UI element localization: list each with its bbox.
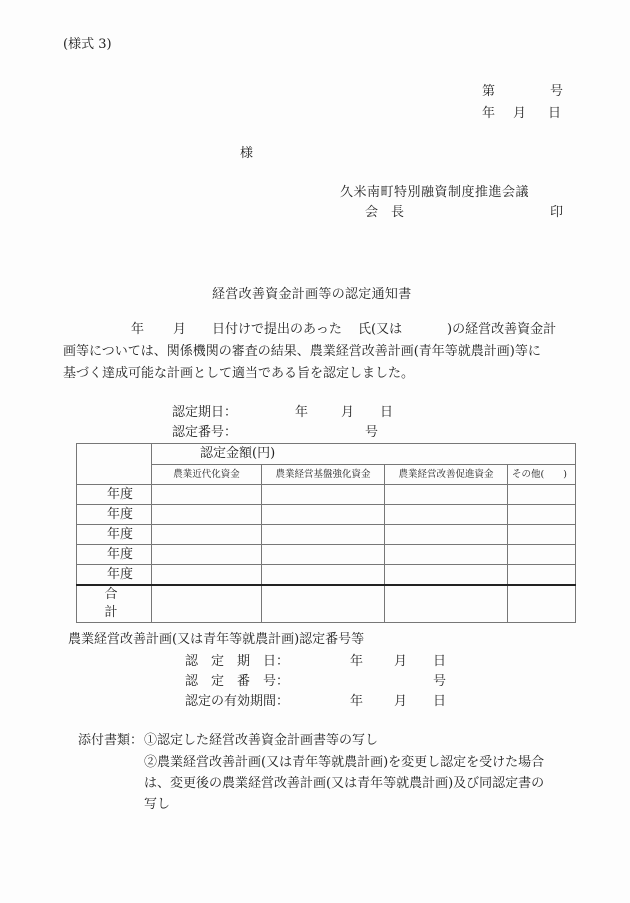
table-row: 年度 [77,525,576,545]
attachment-item-2-line1: ②農業経営改善計画(又は青年等就農計画)を変更し認定を受けた場合 [144,755,544,771]
plan-date-day: 日 [433,654,446,670]
issuer-org: 久米南町特別融資制度推進会議 [340,185,529,201]
approval-date-month: 月 [341,405,354,421]
approval-date-label: 認定期日： [172,405,237,421]
amount-cell[interactable] [385,545,508,565]
attachments-label: 添付書類： [78,733,143,749]
body-name: 氏(又は [358,322,402,338]
column-header: 農業経営改善促進資金 [385,465,508,485]
column-header: 農業近代化資金 [152,465,262,485]
amount-cell[interactable] [262,545,385,565]
corner-cell [77,444,152,485]
total-cell[interactable] [152,585,262,623]
column-header: その他( ) [508,465,576,485]
amount-cell[interactable] [262,485,385,505]
plan-heading: 農業経営改善計画(又は青年等就農計画)認定番号等 [68,632,364,648]
body-line1-rest: )の経営改善資金計 [447,322,556,338]
amount-cell[interactable] [385,485,508,505]
addressee-suffix: 様 [240,146,253,162]
table-row: 年度 [77,545,576,565]
approval-number-suffix: 号 [365,425,378,441]
amount-cell[interactable] [508,545,576,565]
plan-number-label: 認 定 番 号： [185,674,289,690]
doc-number-suffix: 号 [550,84,563,100]
plan-number-suffix: 号 [433,674,446,690]
total-label: 合計 [77,585,152,623]
row-label: 年度 [77,545,152,565]
form-label: (様式 3) [63,37,112,53]
amount-cell[interactable] [508,505,576,525]
body-line3: 基づく達成可能な計画として適当である旨を認定しました。 [63,366,414,382]
document-title: 経営改善資金計画等の認定通知書 [212,287,412,303]
amount-cell[interactable] [508,525,576,545]
plan-date-month: 月 [394,654,407,670]
doc-date-day: 日 [548,106,561,122]
approval-date-year: 年 [295,405,308,421]
doc-number-prefix: 第 [482,84,495,100]
issuer-title: 会 長 [365,205,404,221]
attachment-item-2-line2: は、変更後の農業経営改善計画(又は青年等就農計画)及び同認定書の [144,776,544,792]
plan-date-year: 年 [350,654,363,670]
row-label: 年度 [77,505,152,525]
row-label: 年度 [77,565,152,586]
table-row: 年度 [77,565,576,586]
doc-date-year: 年 [482,106,495,122]
approval-date-day: 日 [380,405,393,421]
amount-cell[interactable] [508,485,576,505]
total-cell[interactable] [508,585,576,623]
amount-cell[interactable] [385,525,508,545]
table-row: 年度 [77,505,576,525]
approved-amount-table: 認定金額(円) 農業近代化資金 農業経営基盤強化資金 農業経営改善促進資金 その… [76,443,576,623]
plan-validity-label: 認定の有効期間： [185,694,289,710]
amount-cell[interactable] [152,485,262,505]
plan-validity-year: 年 [350,694,363,710]
table-row: 年度 [77,485,576,505]
body-month: 月 [173,322,186,338]
amount-cell[interactable] [262,525,385,545]
row-label: 年度 [77,485,152,505]
plan-date-label: 認 定 期 日： [185,654,289,670]
amount-cell[interactable] [152,565,262,586]
amount-cell[interactable] [262,505,385,525]
amount-cell[interactable] [385,565,508,586]
total-cell[interactable] [262,585,385,623]
amount-cell[interactable] [508,565,576,586]
seal-mark: 印 [550,205,563,221]
plan-validity-day: 日 [433,694,446,710]
column-header: 農業経営基盤強化資金 [262,465,385,485]
row-label: 年度 [77,525,152,545]
attachment-item-1: ①認定した経営改善資金計画書等の写し [144,733,378,749]
plan-validity-month: 月 [394,694,407,710]
group-header: 認定金額(円) [152,444,576,465]
total-row: 合計 [77,585,576,623]
amount-cell[interactable] [152,545,262,565]
amount-cell[interactable] [385,505,508,525]
amount-cell[interactable] [152,525,262,545]
body-year: 年 [131,322,144,338]
amount-cell[interactable] [262,565,385,586]
attachment-item-2-line3: 写し [144,797,170,813]
doc-date-month: 月 [513,106,526,122]
approval-number-label: 認定番号： [172,425,237,441]
amount-cell[interactable] [152,505,262,525]
body-line1-text: 日付けで提出のあった [212,322,342,338]
total-cell[interactable] [385,585,508,623]
body-line2: 画等については、関係機関の審査の結果、農業経営改善計画(青年等就農計画)等に [63,344,541,360]
